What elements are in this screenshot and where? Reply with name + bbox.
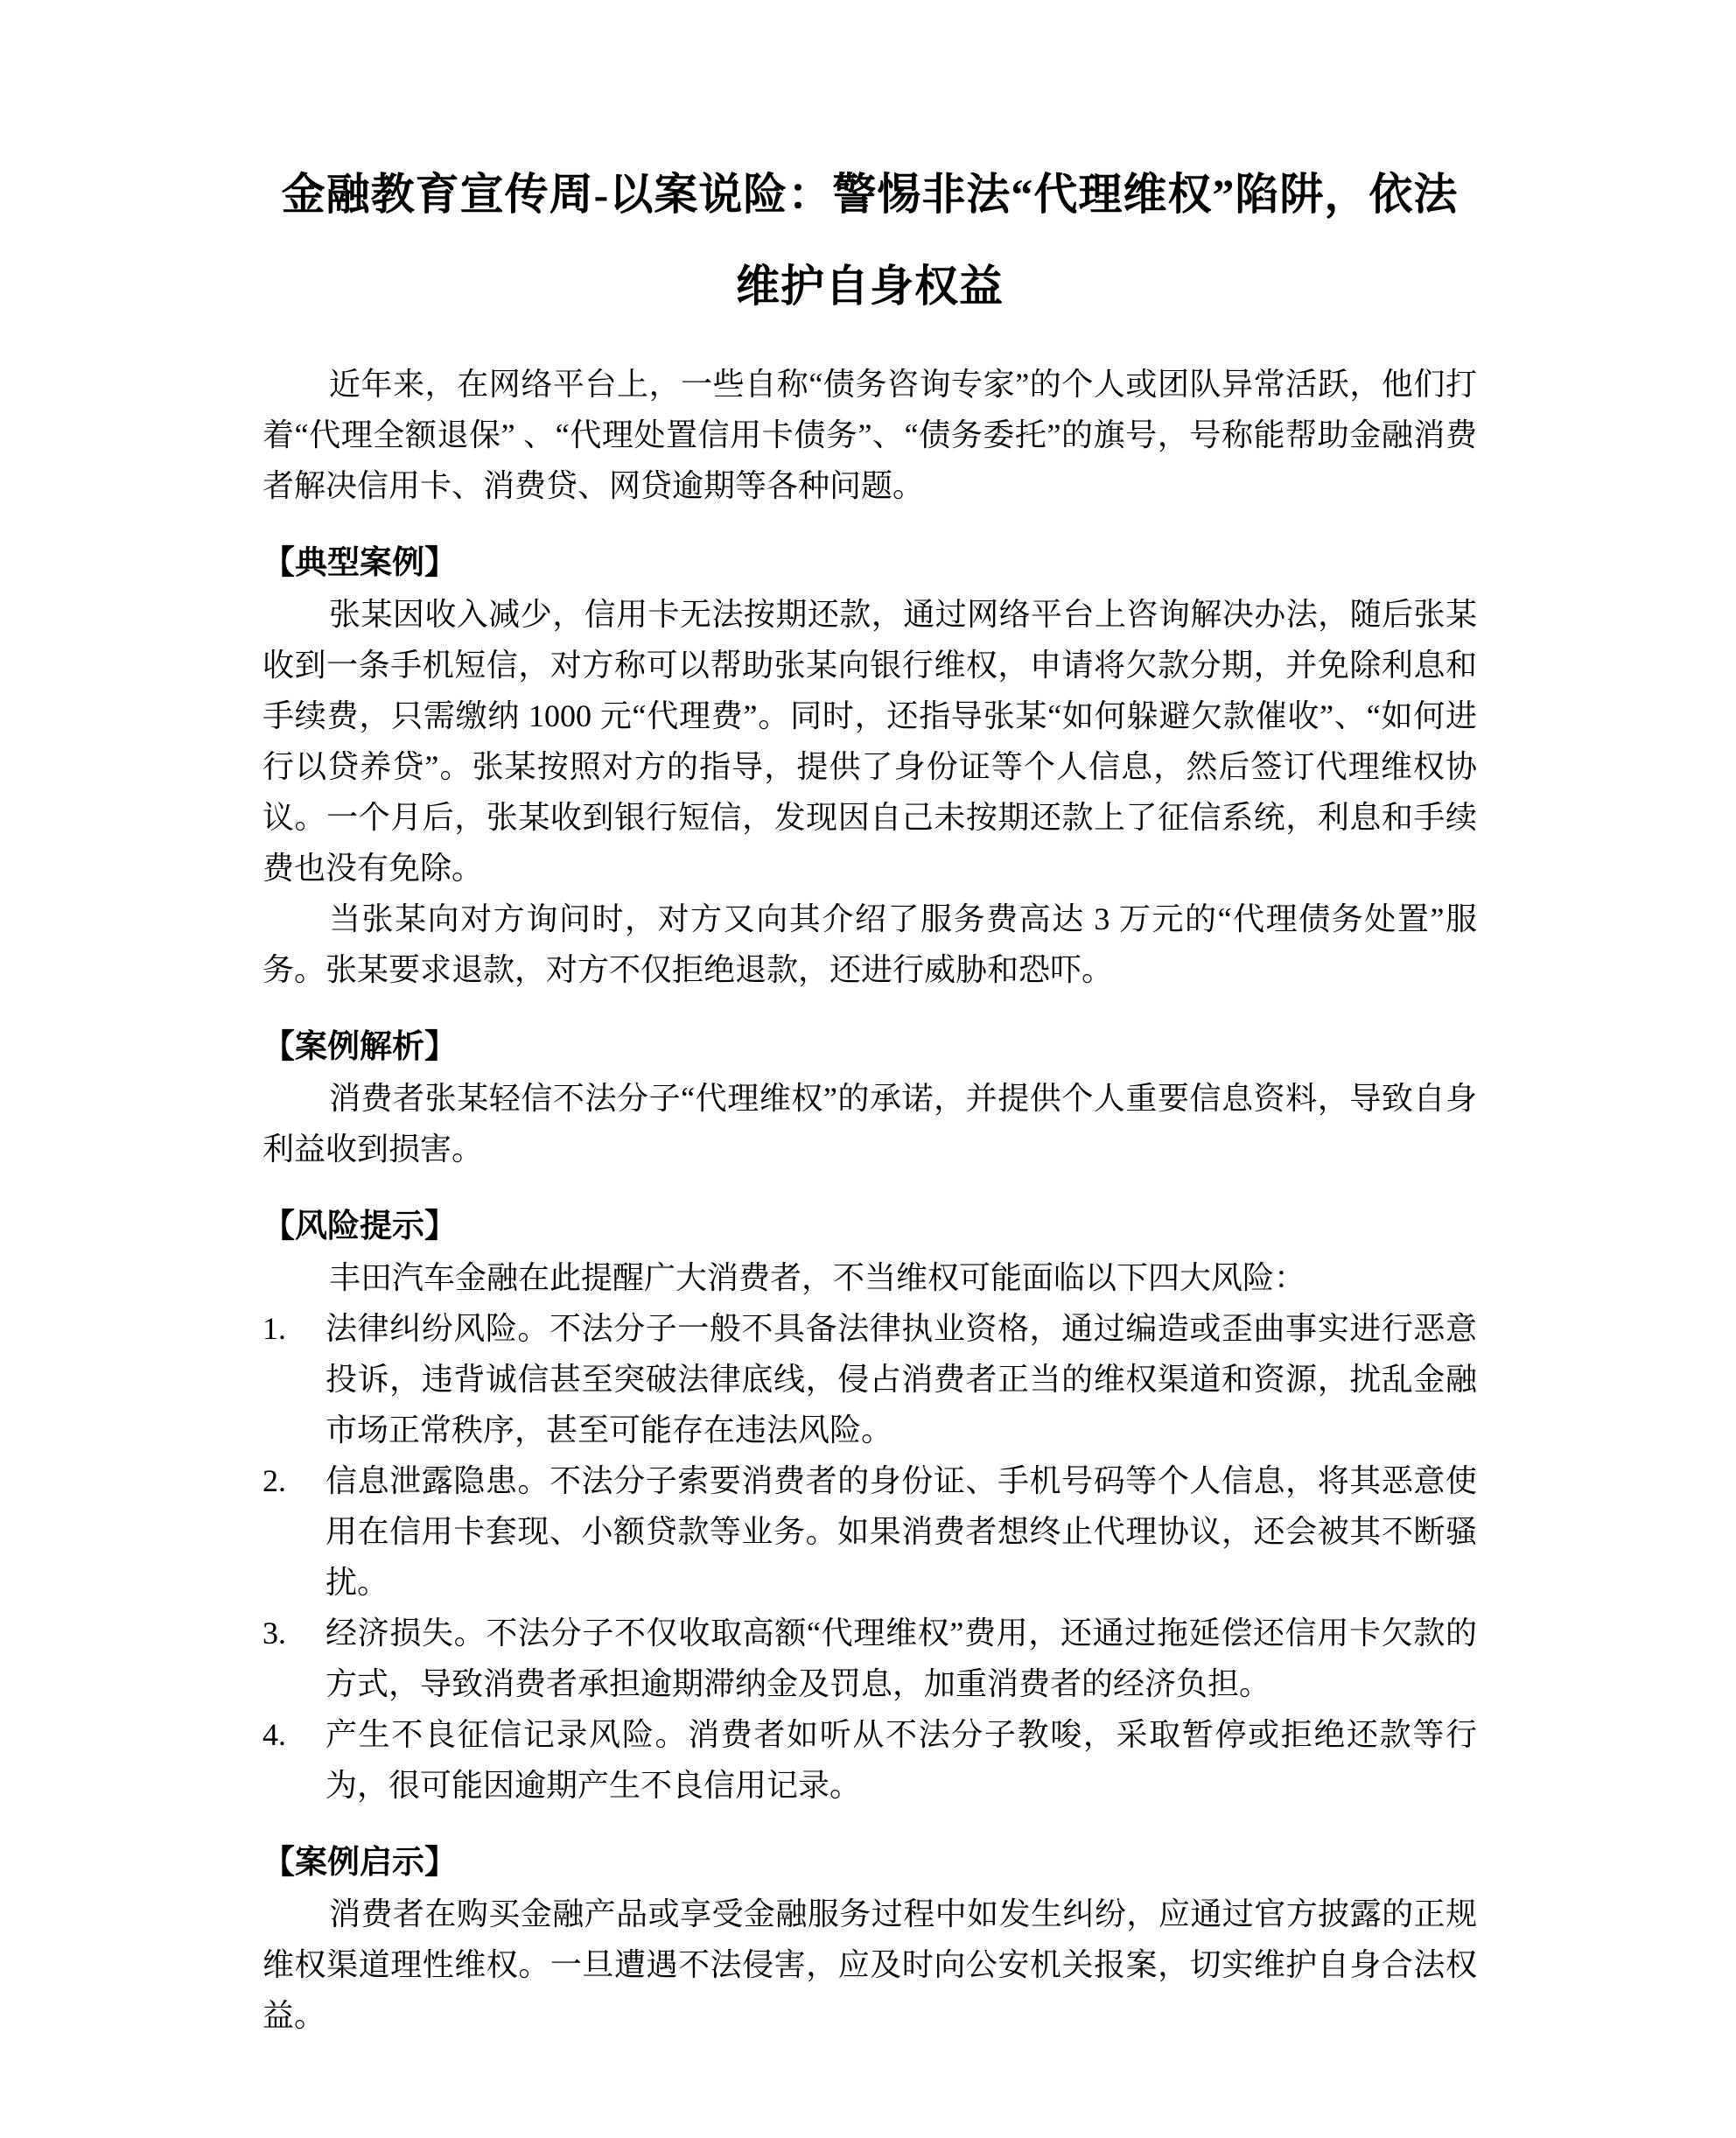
section-heading-risk-warning: 【风险提示】 bbox=[262, 1202, 1477, 1252]
risk-list-item-3-number: 3. bbox=[262, 1608, 318, 1658]
risk-list-item-2: 2. 信息泄露隐患。不法分子索要消费者的身份证、手机号码等个人信息，将其恶意使用… bbox=[262, 1455, 1477, 1608]
risk-list-item-4: 4. 产生不良征信记录风险。消费者如听从不法分子教唆，采取暂停或拒绝还款等行为，… bbox=[262, 1709, 1477, 1811]
section-heading-case-analysis: 【案例解析】 bbox=[262, 1022, 1477, 1073]
risk-list: 1. 法律纠纷风险。不法分子一般不具备法律执业资格，通过编造或歪曲事实进行恶意投… bbox=[262, 1303, 1477, 1811]
section-heading-typical-case: 【典型案例】 bbox=[262, 538, 1477, 589]
risk-list-item-2-text: 信息泄露隐患。不法分子索要消费者的身份证、手机号码等个人信息，将其恶意使用在信用… bbox=[325, 1463, 1477, 1600]
document-page: 金融教育宣传周-以案说险：警惕非法“代理维权”陷阱，依法维护自身权益 近年来，在… bbox=[0, 0, 1736, 2138]
risk-list-item-1-text: 法律纠纷风险。不法分子一般不具备法律执业资格，通过编造或歪曲事实进行恶意投诉，违… bbox=[325, 1311, 1477, 1448]
risk-list-item-4-number: 4. bbox=[262, 1709, 318, 1760]
case-lesson-paragraph: 消费者在购买金融产品或享受金融服务过程中如发生纠纷，应通过官方披露的正规维权渠道… bbox=[262, 1889, 1477, 2041]
risk-list-item-3: 3. 经济损失。不法分子不仅收取高额“代理维权”费用，还通过拖延偿还信用卡欠款的… bbox=[262, 1608, 1477, 1709]
risk-list-item-4-text: 产生不良征信记录风险。消费者如听从不法分子教唆，采取暂停或拒绝还款等行为，很可能… bbox=[325, 1717, 1477, 1803]
risk-list-item-3-text: 经济损失。不法分子不仅收取高额“代理维权”费用，还通过拖延偿还信用卡欠款的方式，… bbox=[325, 1616, 1477, 1701]
case-analysis-paragraph: 消费者张某轻信不法分子“代理维权”的承诺，并提供个人重要信息资料，导致自身利益收… bbox=[262, 1073, 1477, 1174]
typical-case-paragraph-1: 张某因收入减少，信用卡无法按期还款，通过网络平台上咨询解决办法，随后张某收到一条… bbox=[262, 589, 1477, 894]
section-heading-case-lesson: 【案例启示】 bbox=[262, 1838, 1477, 1889]
risk-list-item-2-number: 2. bbox=[262, 1455, 318, 1506]
risk-list-item-1: 1. 法律纠纷风险。不法分子一般不具备法律执业资格，通过编造或歪曲事实进行恶意投… bbox=[262, 1303, 1477, 1455]
intro-paragraph: 近年来，在网络平台上，一些自称“债务咨询专家”的个人或团队异常活跃，他们打着“代… bbox=[262, 359, 1477, 511]
typical-case-paragraph-2: 当张某向对方询问时，对方又向其介绍了服务费高达 3 万元的“代理债务处置”服务。… bbox=[262, 894, 1477, 995]
document-title: 金融教育宣传周-以案说险：警惕非法“代理维权”陷阱，依法维护自身权益 bbox=[262, 149, 1477, 333]
risk-warning-lead-paragraph: 丰田汽车金融在此提醒广大消费者，不当维权可能面临以下四大风险： bbox=[262, 1252, 1477, 1303]
risk-list-item-1-number: 1. bbox=[262, 1303, 318, 1354]
